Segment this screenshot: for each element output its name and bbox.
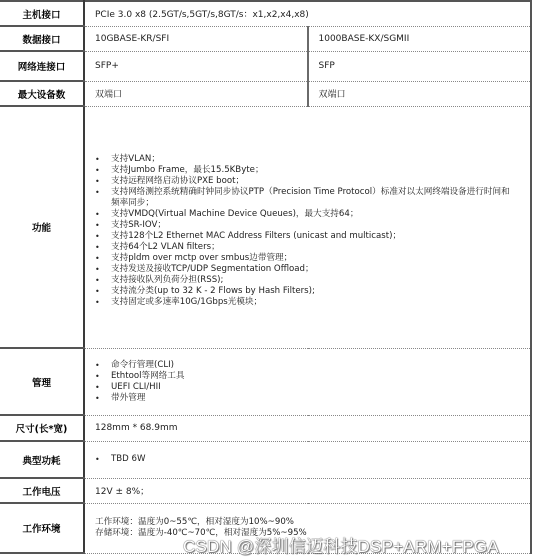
power-list: TBD 6W — [95, 454, 530, 465]
feature-item: 支持发送及接收TCP/UDP Segmentation Offload； — [95, 264, 530, 275]
feature-item: 支持网络测控系统精确时钟同步协议PTP（Precision Time Proto… — [95, 187, 530, 209]
row-power: 典型功耗 TBD 6W — [0, 441, 531, 478]
value-management: 命令行管理(CLI) Ethtool等网络工具 UEFI CLI/HII 带外管… — [84, 348, 531, 415]
value-power: TBD 6W — [84, 441, 531, 478]
label-network-port: 网络连接口 — [0, 51, 84, 81]
feature-item: 支持接收队列负荷分担(RSS); — [95, 275, 530, 286]
feature-item: 支持128个L2 Ethernet MAC Address Filters (u… — [95, 231, 530, 242]
label-data-interface: 数据接口 — [0, 26, 84, 51]
row-network-port: 网络连接口 SFP+ SFP — [0, 51, 531, 81]
feature-item: 支持VLAN； — [95, 154, 530, 165]
row-data-interface: 数据接口 10GBASE-KR/SFI 1000BASE-KX/SGMII — [0, 26, 531, 51]
value-features: 支持VLAN； 支持Jumbo Frame，最长15.5KByte； 支持远程网… — [84, 106, 531, 348]
label-environment: 工作环境 — [0, 503, 84, 553]
management-item: 带外管理 — [95, 393, 530, 404]
feature-item: 支持流分类(up to 32 K - 2 Flows by Hash Filte… — [95, 286, 530, 297]
features-list: 支持VLAN； 支持Jumbo Frame，最长15.5KByte； 支持远程网… — [95, 154, 530, 308]
label-power: 典型功耗 — [0, 441, 84, 478]
feature-item: 支持SR-IOV； — [95, 220, 530, 231]
value-host-interface: PCIe 3.0 x8 (2.5GT/s,5GT/s,8GT/s：x1,x2,x… — [84, 1, 531, 26]
feature-item: 支持pldm over mctp over smbus边带管理； — [95, 253, 530, 264]
label-voltage: 工作电压 — [0, 478, 84, 503]
label-max-devices: 最大设备数 — [0, 81, 84, 106]
management-item: Ethtool等网络工具 — [95, 371, 530, 382]
management-item: UEFI CLI/HII — [95, 382, 530, 393]
label-features: 功能 — [0, 106, 84, 348]
feature-item: 支持固定或多速率10G/1Gbps光模块； — [95, 297, 530, 308]
value-network-port-left: SFP+ — [84, 51, 308, 81]
value-dimensions: 128mm * 68.9mm — [84, 415, 531, 441]
spec-sheet: 主机接口 PCIe 3.0 x8 (2.5GT/s,5GT/s,8GT/s：x1… — [0, 0, 537, 560]
value-max-devices-right: 双端口 — [308, 81, 532, 106]
label-dimensions: 尺寸(长*宽) — [0, 415, 84, 441]
label-host-interface: 主机接口 — [0, 1, 84, 26]
management-item: 命令行管理(CLI) — [95, 360, 530, 371]
value-network-port-right: SFP — [308, 51, 532, 81]
row-max-devices: 最大设备数 双端口 双端口 — [0, 81, 531, 106]
feature-item: 支持64个L2 VLAN filters； — [95, 242, 530, 253]
feature-item: 支持远程网络启动协议PXE boot； — [95, 176, 530, 187]
value-max-devices-left: 双端口 — [84, 81, 308, 106]
value-data-interface-left: 10GBASE-KR/SFI — [84, 26, 308, 51]
watermark: CSDN @深圳信迈科技DSP+ARM+FPGA — [183, 532, 499, 557]
feature-item: 支持VMDQ(Virtual Machine Device Queues)，最大… — [95, 209, 530, 220]
spec-table: 主机接口 PCIe 3.0 x8 (2.5GT/s,5GT/s,8GT/s：x1… — [0, 0, 532, 554]
value-voltage: 12V ± 8%； — [84, 478, 531, 503]
label-management: 管理 — [0, 348, 84, 415]
row-management: 管理 命令行管理(CLI) Ethtool等网络工具 UEFI CLI/HII … — [0, 348, 531, 415]
row-voltage: 工作电压 12V ± 8%； — [0, 478, 531, 503]
row-features: 功能 支持VLAN； 支持Jumbo Frame，最长15.5KByte； 支持… — [0, 106, 531, 348]
feature-item: 支持Jumbo Frame，最长15.5KByte； — [95, 165, 530, 176]
value-data-interface-right: 1000BASE-KX/SGMII — [308, 26, 532, 51]
management-list: 命令行管理(CLI) Ethtool等网络工具 UEFI CLI/HII 带外管… — [95, 360, 530, 404]
environment-operating: 工作环境：温度为0~55℃，相对湿度为10%~90% — [95, 517, 530, 528]
row-dimensions: 尺寸(长*宽) 128mm * 68.9mm — [0, 415, 531, 441]
power-item: TBD 6W — [95, 454, 530, 465]
row-host-interface: 主机接口 PCIe 3.0 x8 (2.5GT/s,5GT/s,8GT/s：x1… — [0, 1, 531, 26]
